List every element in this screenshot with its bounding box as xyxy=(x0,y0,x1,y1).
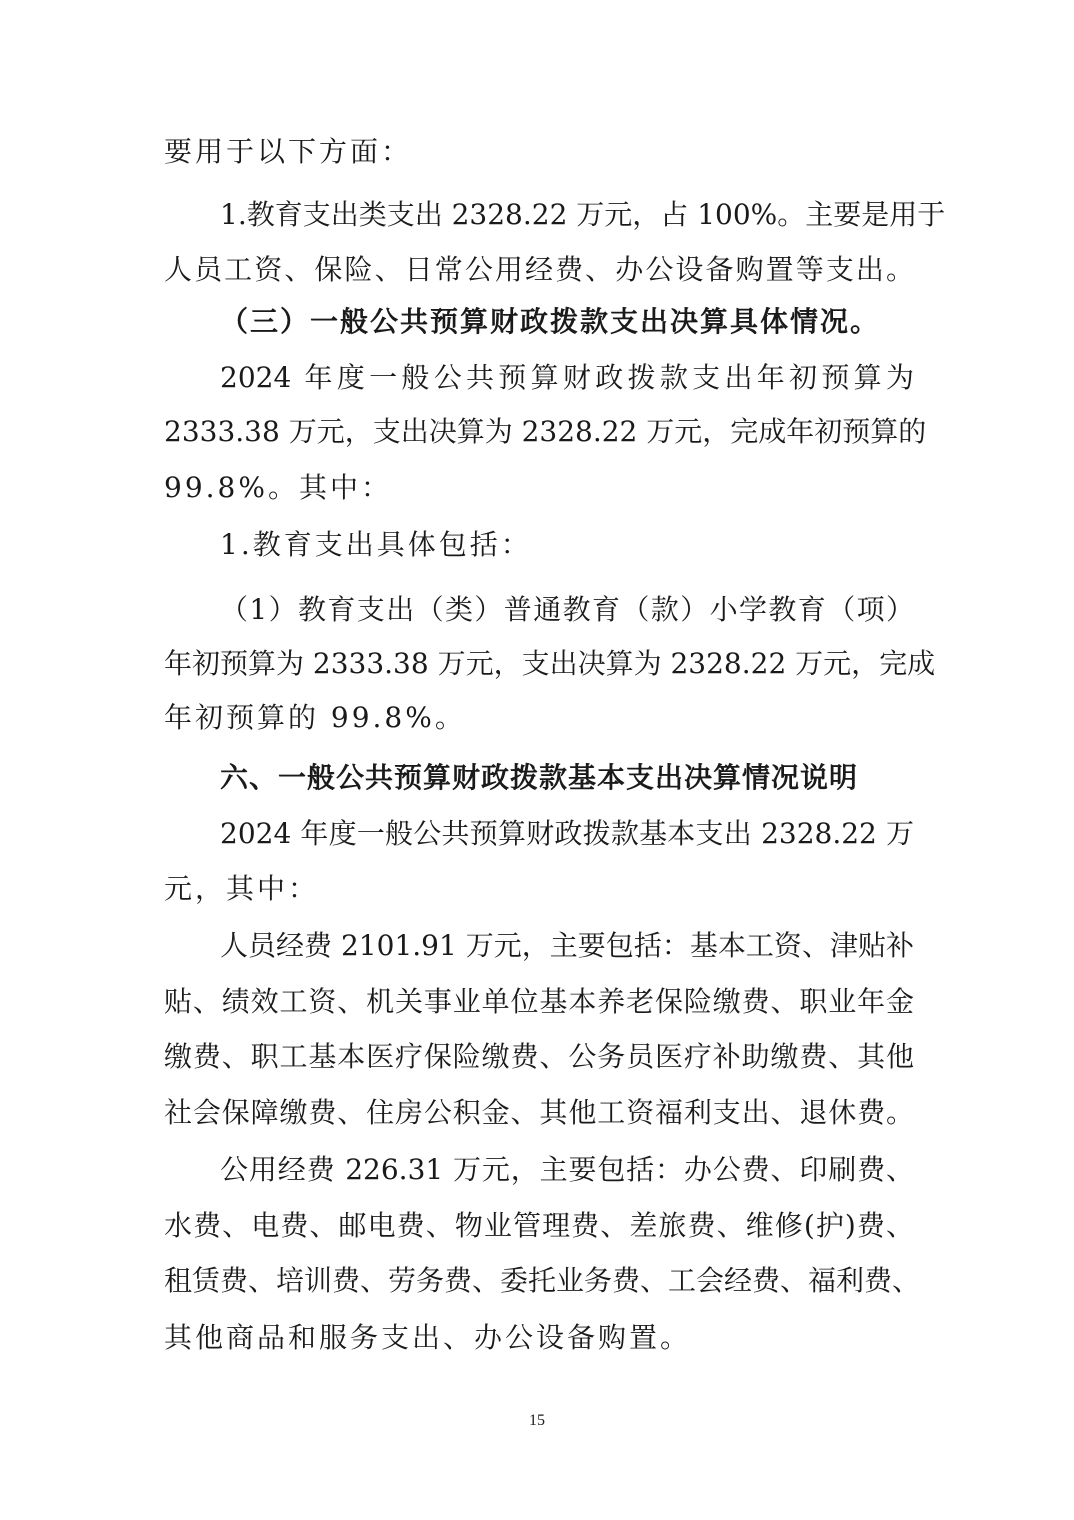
education-item-line: 年初预算为 2333.38 万元，支出决算为 2328.22 万元，完成 xyxy=(164,646,914,682)
public-expense-line: 公用经费 226.31 万元，主要包括：办公费、印刷费、 xyxy=(220,1152,914,1188)
public-expense-line: 其他商品和服务支出、办公设备购置。 xyxy=(164,1320,914,1356)
section-heading-6: 六、一般公共预算财政拨款基本支出决算情况说明 xyxy=(220,760,970,796)
paragraph-line: 人员工资、保险、日常公用经费、办公设备购置等支出。 xyxy=(164,252,914,288)
public-expense-line: 租赁费、培训费、劳务费、委托业务费、工会经费、福利费、 xyxy=(164,1263,914,1299)
personnel-expense-line: 社会保障缴费、住房公积金、其他工资福利支出、退休费。 xyxy=(164,1095,914,1131)
basic-expense-line: 2024 年度一般公共预算财政拨款基本支出 2328.22 万 xyxy=(220,816,914,852)
page-number: 15 xyxy=(0,1412,1074,1430)
budget-paragraph-line: 2024 年度一般公共预算财政拨款支出年初预算为 xyxy=(220,360,914,396)
education-detail-title: 1.教育支出具体包括： xyxy=(220,527,970,563)
personnel-expense-line: 缴费、职工基本医疗保险缴费、公务员医疗补助缴费、其他 xyxy=(164,1039,914,1075)
personnel-expense-line: 人员经费 2101.91 万元，主要包括：基本工资、津贴补 xyxy=(220,928,914,964)
budget-paragraph-line: 2333.38 万元，支出决算为 2328.22 万元，完成年初预算的 xyxy=(164,414,914,450)
education-item-line: 年初预算的 99.8%。 xyxy=(164,700,914,736)
budget-paragraph-line: 99.8%。其中： xyxy=(164,470,914,506)
education-item-line: （1）教育支出（类）普通教育（款）小学教育（项） xyxy=(220,592,914,628)
education-expense-line: 1.教育支出类支出 2328.22 万元，占 100%。主要是用于 xyxy=(220,197,914,233)
public-expense-line: 水费、电费、邮电费、物业管理费、差旅费、维修(护)费、 xyxy=(164,1208,914,1244)
personnel-expense-line: 贴、绩效工资、机关事业单位基本养老保险缴费、职业年金 xyxy=(164,984,914,1020)
section-subheading-3: （三）一般公共预算财政拨款支出决算具体情况。 xyxy=(220,304,970,340)
basic-expense-line: 元，其中： xyxy=(164,871,914,907)
paragraph-line: 要用于以下方面： xyxy=(164,134,914,170)
